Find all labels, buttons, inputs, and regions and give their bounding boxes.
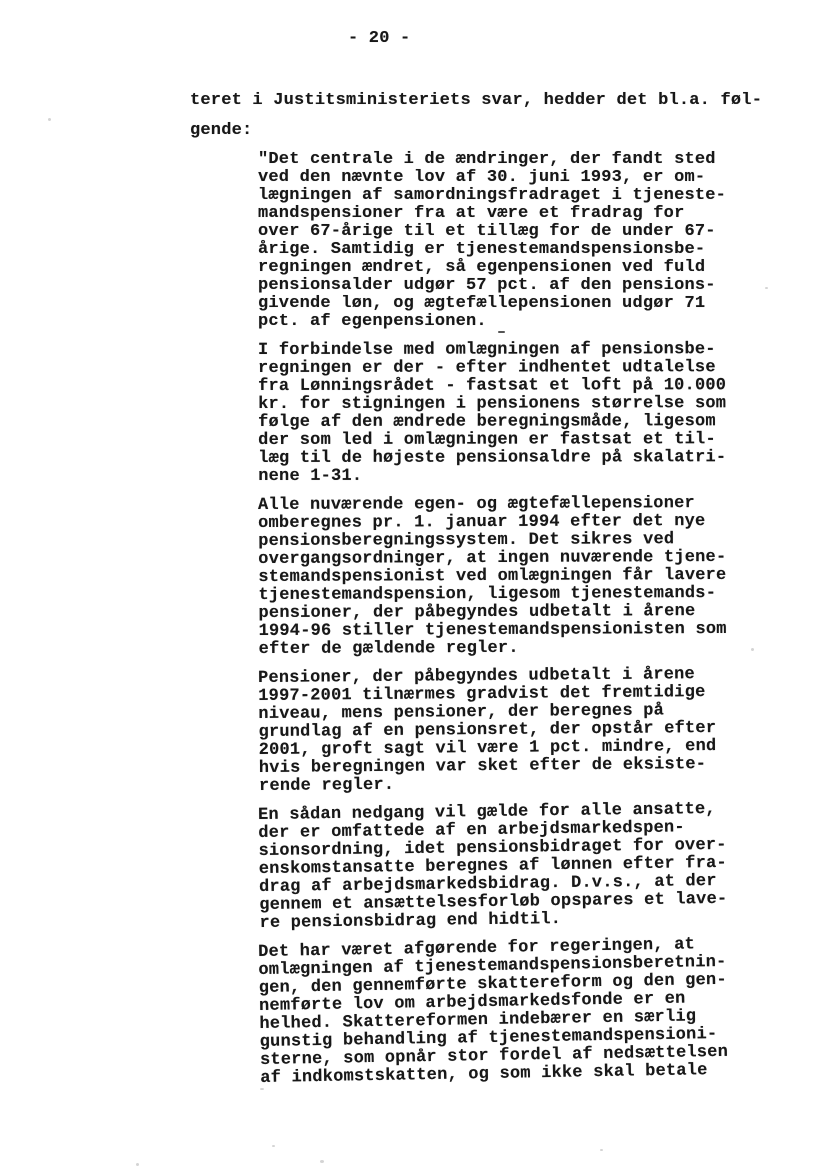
paragraph-5: En sådan nedgang vil gælde for alle ansa… <box>258 800 780 933</box>
quoted-passage: "Det centrale i de ændringer, der fandt … <box>258 151 778 1099</box>
scan-speckle <box>320 1160 324 1163</box>
page-number: - 20 - <box>348 30 410 48</box>
paragraph-4: Pensioner, der påbegyndes udbetalt i åre… <box>258 665 779 796</box>
scan-speckle <box>305 209 307 211</box>
scanned-document-page: - 20 - teret i Justitsministeriets svar,… <box>0 0 826 1169</box>
paragraph-2: I forbindelse med omlægningen af pension… <box>258 341 778 486</box>
scan-speckle <box>136 1163 139 1166</box>
scan-speckle <box>272 1145 275 1147</box>
intro-text: teret i Justitsministeriets svar, hedder… <box>190 86 762 146</box>
scan-speckle <box>751 648 754 651</box>
scan-speckle <box>600 1149 603 1151</box>
scan-speckle <box>260 1088 264 1090</box>
paragraph-6: Det har været afgørende for regeringen, … <box>258 935 780 1088</box>
scan-speckle <box>765 287 768 289</box>
scan-speckle <box>48 118 51 121</box>
scan-artifact-dash <box>498 331 505 333</box>
paragraph-3: Alle nuværende egen- og ægtefællepension… <box>258 495 779 659</box>
paragraph-1: "Det centrale i de ændringer, der fandt … <box>258 151 778 331</box>
